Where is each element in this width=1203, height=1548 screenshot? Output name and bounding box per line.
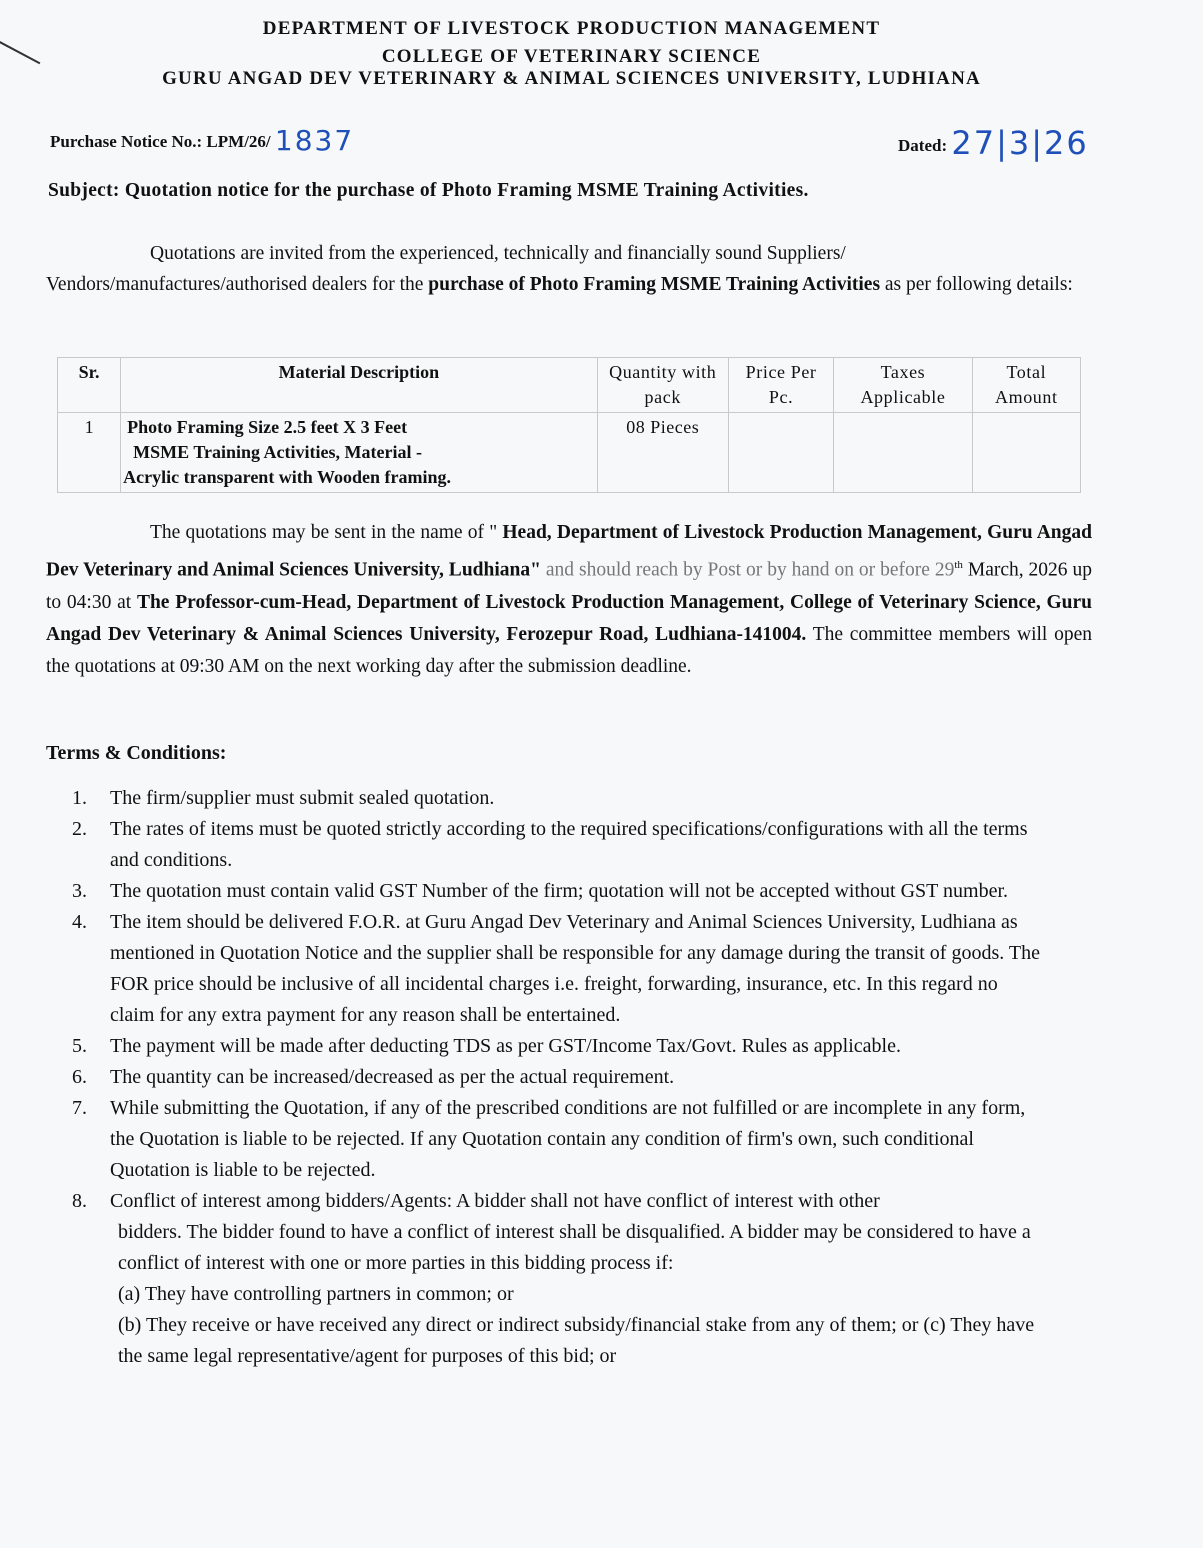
cell-description: Photo Framing Size 2.5 feet X 3 Feet MSM… — [121, 413, 597, 493]
quotation-notice-page: DEPARTMENT OF LIVESTOCK PRODUCTION MANAG… — [0, 0, 1203, 1548]
term-item: 1.The firm/supplier must submit sealed q… — [62, 783, 1042, 814]
term-item: 7.While submitting the Quotation, if any… — [62, 1093, 1042, 1186]
term-item: 5.The payment will be made after deducti… — [62, 1031, 1042, 1062]
term-item: 8.Conflict of interest among bidders/Age… — [62, 1186, 1042, 1372]
material-table: Sr. Material Description Quantity with p… — [57, 357, 1081, 493]
university-heading: GURU ANGAD DEV VETERINARY & ANIMAL SCIEN… — [0, 68, 1173, 90]
department-heading: DEPARTMENT OF LIVESTOCK PRODUCTION MANAG… — [0, 18, 1173, 40]
terms-list: 1.The firm/supplier must submit sealed q… — [62, 783, 1042, 1372]
col-price: Price Per Pc. — [728, 358, 833, 413]
cell-quantity: 08 Pieces — [597, 413, 728, 493]
dated-label: Dated: — [898, 136, 947, 155]
table-row: 1 Photo Framing Size 2.5 feet X 3 Feet M… — [58, 413, 1081, 493]
term-item: 6.The quantity can be increased/decrease… — [62, 1062, 1042, 1093]
intro-paragraph: Quotations are invited from the experien… — [46, 238, 1092, 300]
terms-heading: Terms & Conditions: — [46, 742, 226, 765]
submission-paragraph: The quotations may be sent in the name o… — [46, 517, 1092, 683]
notice-label: Purchase Notice No.: LPM/26/ — [50, 132, 271, 151]
term-item: 3.The quotation must contain valid GST N… — [62, 876, 1042, 907]
col-sr: Sr. — [58, 358, 121, 413]
cell-price — [728, 413, 833, 493]
col-quantity: Quantity with pack — [597, 358, 728, 413]
col-total: Total Amount — [972, 358, 1080, 413]
subject-line: Subject: Quotation notice for the purcha… — [48, 180, 809, 202]
college-heading: COLLEGE OF VETERINARY SCIENCE — [0, 46, 1173, 68]
conflict-of-interest-details: bidders. The bidder found to have a conf… — [110, 1217, 1042, 1372]
cell-total — [972, 413, 1080, 493]
handwritten-date: 27|3|26 — [951, 124, 1088, 162]
purchase-notice-number: Purchase Notice No.: LPM/26/ 1837 — [50, 121, 354, 154]
term-item: 2.The rates of items must be quoted stri… — [62, 814, 1042, 876]
cell-taxes — [834, 413, 972, 493]
table-header-row: Sr. Material Description Quantity with p… — [58, 358, 1081, 413]
term-item: 4.The item should be delivered F.O.R. at… — [62, 907, 1042, 1031]
col-taxes: Taxes Applicable — [834, 358, 972, 413]
notice-date: Dated: 27|3|26 — [898, 121, 1089, 159]
col-description: Material Description — [121, 358, 597, 413]
cell-sr: 1 — [58, 413, 121, 493]
handwritten-notice-number: 1837 — [275, 124, 354, 157]
